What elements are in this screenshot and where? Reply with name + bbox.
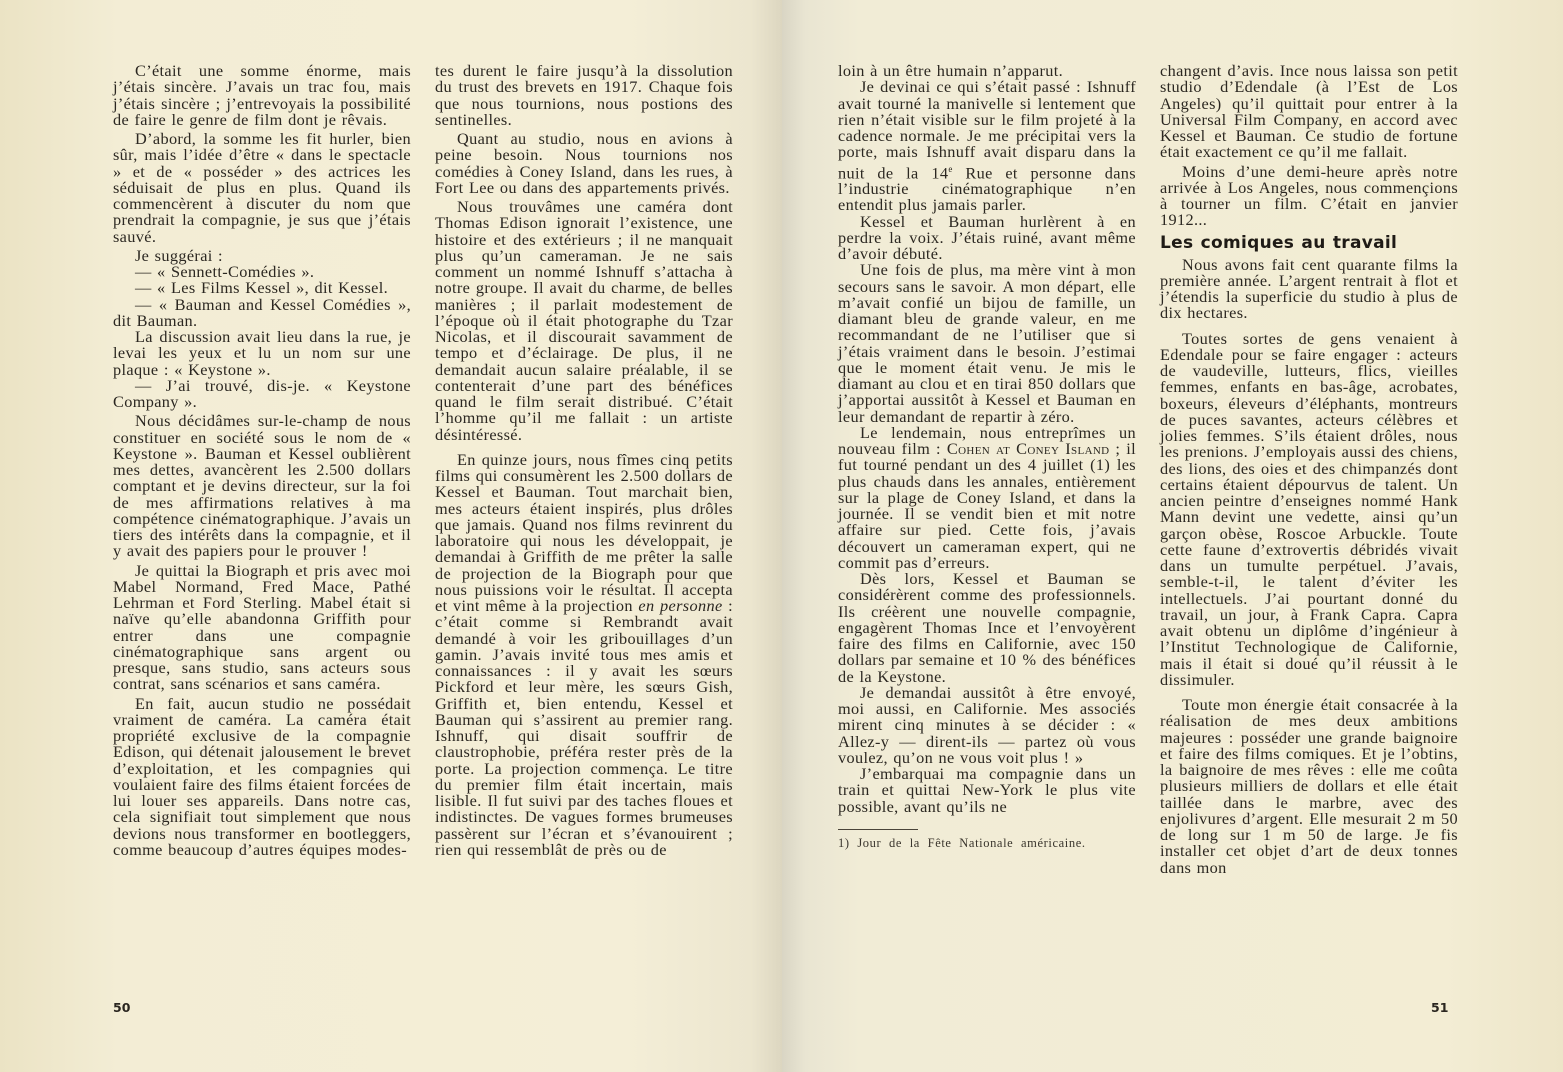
paragraph: La discussion avait lieu dans la rue, je…: [113, 329, 411, 378]
right-page: loin à un être humain n’apparut. Je devi…: [782, 0, 1563, 1072]
paragraph: C’était une somme énorme, mais j’étais s…: [113, 63, 411, 128]
column-3: loin à un être humain n’apparut. Je devi…: [838, 63, 1136, 853]
dialogue-line: — J’ai trouvé, dis-je. « Keystone Compan…: [113, 378, 411, 411]
text-run: ; il fut tourné pendant un des 4 juillet…: [838, 439, 1136, 572]
text-run: : c’était comme si Rembrandt avait deman…: [435, 596, 733, 859]
section-heading: Les comiques au travail: [1160, 232, 1458, 254]
footnote: 1) Jour de la Fête Nationale américaine.: [838, 836, 1136, 850]
text-run: En quinze jours, nous fîmes cinq petits …: [435, 450, 733, 615]
paragraph: D’abord, la somme les fit hurler, bien s…: [113, 131, 411, 245]
paragraph: Toutes sortes de gens venaient à Edendal…: [1160, 331, 1458, 689]
paragraph: Kessel et Bauman hurlèrent à en perdre l…: [838, 214, 1136, 263]
column-1: C’était une somme énorme, mais j’étais s…: [113, 63, 411, 861]
paragraph: Je devinai ce qui s’était passé : Ishnuf…: [838, 79, 1136, 213]
paragraph: Toute mon énergie était consacrée à la r…: [1160, 697, 1458, 876]
paragraph: Une fois de plus, ma mère vint à mon sec…: [838, 262, 1136, 425]
dialogue-line: — « Bauman and Kessel Comédies », dit Ba…: [113, 297, 411, 330]
paragraph: Quant au studio, nous en avions à peine …: [435, 131, 733, 196]
column-2: tes durent le faire jusqu’à la dissoluti…: [435, 63, 733, 861]
paragraph: Moins d’une demi-heure après notre arriv…: [1160, 164, 1458, 229]
paragraph: Nous avons fait cent quarante films la p…: [1160, 257, 1458, 322]
footnote-divider: [838, 829, 918, 830]
paragraph: En fait, aucun studio ne possédait vraim…: [113, 696, 411, 859]
left-page: C’était une somme énorme, mais j’étais s…: [0, 0, 782, 1072]
paragraph: Nous décidâmes sur-le-champ de nous cons…: [113, 413, 411, 559]
column-4: changent d’avis. Ince nous laissa son pe…: [1160, 63, 1458, 879]
paragraph: Dès lors, Kessel et Bauman se considérèr…: [838, 571, 1136, 685]
paragraph: En quinze jours, nous fîmes cinq petits …: [435, 452, 733, 858]
paragraph: tes durent le faire jusqu’à la dissoluti…: [435, 63, 733, 128]
paragraph: J’embarquai ma compagnie dans un train e…: [838, 766, 1136, 815]
paragraph: Je quittai la Biograph et pris avec moi …: [113, 563, 411, 693]
paragraph: changent d’avis. Ince nous laissa son pe…: [1160, 63, 1458, 161]
paragraph: Le lendemain, nous entreprîmes un nouvea…: [838, 425, 1136, 571]
page-number-left: 50: [113, 1000, 130, 1015]
paragraph: Je demandai aussitôt à être envoyé, moi …: [838, 685, 1136, 766]
paragraph: Nous trouvâmes une caméra dont Thomas Ed…: [435, 199, 733, 443]
page-number-right: 51: [1431, 1000, 1448, 1015]
